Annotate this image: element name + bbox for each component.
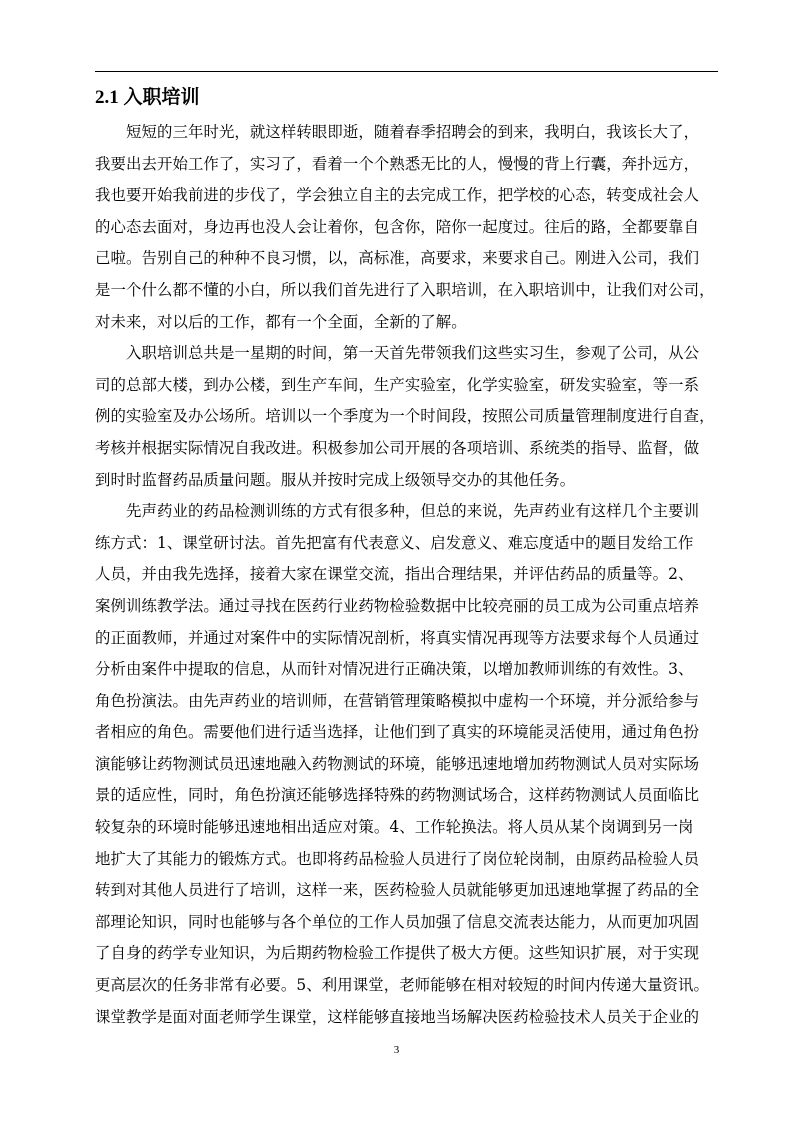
paragraph-line: 短短的三年时光，就这样转眼即逝，随着春季招聘会的到来，我明白，我该长大了，	[95, 117, 719, 149]
paragraph-line: 是一个什么都不懂的小白，所以我们首先进行了入职培训，在入职培训中，让我们对公司，	[95, 275, 719, 307]
section-title: 2.1 入职培训	[95, 86, 200, 110]
paragraph-line: 我也要开始我前进的步伐了，学会独立自主的去完成工作，把学校的心态，转变成社会人	[95, 180, 719, 212]
paragraph-line: 己啦。告别自己的种种不良习惯，以，高标准，高要求，来要求自己。刚进入公司，我们	[95, 243, 719, 275]
paragraph-line: 我要出去开始工作了，实习了，看着一个个熟悉无比的人，慢慢的背上行囊，奔扑远方，	[95, 149, 719, 181]
document-page: 2.1 入职培训 短短的三年时光，就这样转眼即逝，随着春季招聘会的到来，我明白，…	[0, 0, 793, 1122]
body-text: 短短的三年时光，就这样转眼即逝，随着春季招聘会的到来，我明白，我该长大了， 我要…	[95, 117, 719, 1033]
paragraph-line: 先声药业的药品检测训练的方式有很多种，但总的来说，先声药业有这样几个主要训	[95, 496, 719, 528]
header-rule	[95, 71, 718, 72]
paragraph-line: 转到对其他人员进行了培训，这样一来，医药检验人员就能够更加迅速地掌握了药品的全	[95, 875, 719, 907]
paragraph-line: 考核并根据实际情况自我改进。积极参加公司开展的各项培训、系统类的指导、监督，做	[95, 433, 719, 465]
paragraph-line: 更高层次的任务非常有必要。5、利用课堂，老师能够在相对较短的时间内传递大量资讯。	[95, 970, 719, 1002]
paragraph-line: 演能够让药物测试员迅速地融入药物测试的环境，能够迅速地增加药物测试人员对实际场	[95, 749, 719, 781]
paragraph-line: 人员，并由我先选择，接着大家在课堂交流，指出合理结果，并评估药品的质量等。2、	[95, 559, 719, 591]
paragraph-line: 了自身的药学专业知识，为后期药物检验工作提供了极大方便。这些知识扩展，对于实现	[95, 938, 719, 970]
paragraph-line: 例的实验室及办公场所。培训以一个季度为一个时间段，按照公司质量管理制度进行自查，	[95, 401, 719, 433]
paragraph-line: 对未来，对以后的工作，都有一个全面，全新的了解。	[95, 307, 719, 339]
page-number: 3	[0, 1043, 793, 1057]
paragraph-line: 地扩大了其能力的锻炼方式。也即将药品检验人员进行了岗位轮岗制，由原药品检验人员	[95, 844, 719, 876]
paragraph-line: 者相应的角色。需要他们进行适当选择，让他们到了真实的环境能灵活使用，通过角色扮	[95, 717, 719, 749]
paragraph-line: 案例训练教学法。通过寻找在医药行业药物检验数据中比较亮丽的员工成为公司重点培养	[95, 591, 719, 623]
paragraph-line: 景的适应性，同时，角色扮演还能够选择特殊的药物测试场合，这样药物测试人员面临比	[95, 780, 719, 812]
paragraph-line: 的心态去面对，身边再也没人会让着你，包含你，陪你一起度过。往后的路，全都要靠自	[95, 212, 719, 244]
paragraph-line: 角色扮演法。由先声药业的培训师，在营销管理策略模拟中虚构一个环境，并分派给参与	[95, 686, 719, 718]
paragraph-line: 练方式：1、课堂研讨法。首先把富有代表意义、启发意义、难忘度适中的题目发给工作	[95, 528, 719, 560]
paragraph-line: 的正面教师，并通过对案件中的实际情况剖析，将真实情况再现等方法要求每个人员通过	[95, 623, 719, 655]
paragraph-line: 部理论知识，同时也能够与各个单位的工作人员加强了信息交流表达能力，从而更加巩固	[95, 907, 719, 939]
paragraph-line: 较复杂的环境时能够迅速地相出适应对策。4、工作轮换法。将人员从某个岗调到另一岗	[95, 812, 719, 844]
paragraph-line: 分析由案件中提取的信息，从而针对情况进行正确决策，以增加教师训练的有效性。3、	[95, 654, 719, 686]
paragraph-line: 到时时监督药品质量问题。服从并按时完成上级领导交办的其他任务。	[95, 465, 719, 497]
paragraph-line: 入职培训总共是一星期的时间，第一天首先带领我们这些实习生，参观了公司，从公	[95, 338, 719, 370]
paragraph-line: 司的总部大楼，到办公楼，到生产车间，生产实验室，化学实验室，研发实验室，等一系	[95, 370, 719, 402]
paragraph-line: 课堂教学是面对面老师学生课堂，这样能够直接地当场解决医药检验技术人员关于企业的	[95, 1002, 719, 1034]
